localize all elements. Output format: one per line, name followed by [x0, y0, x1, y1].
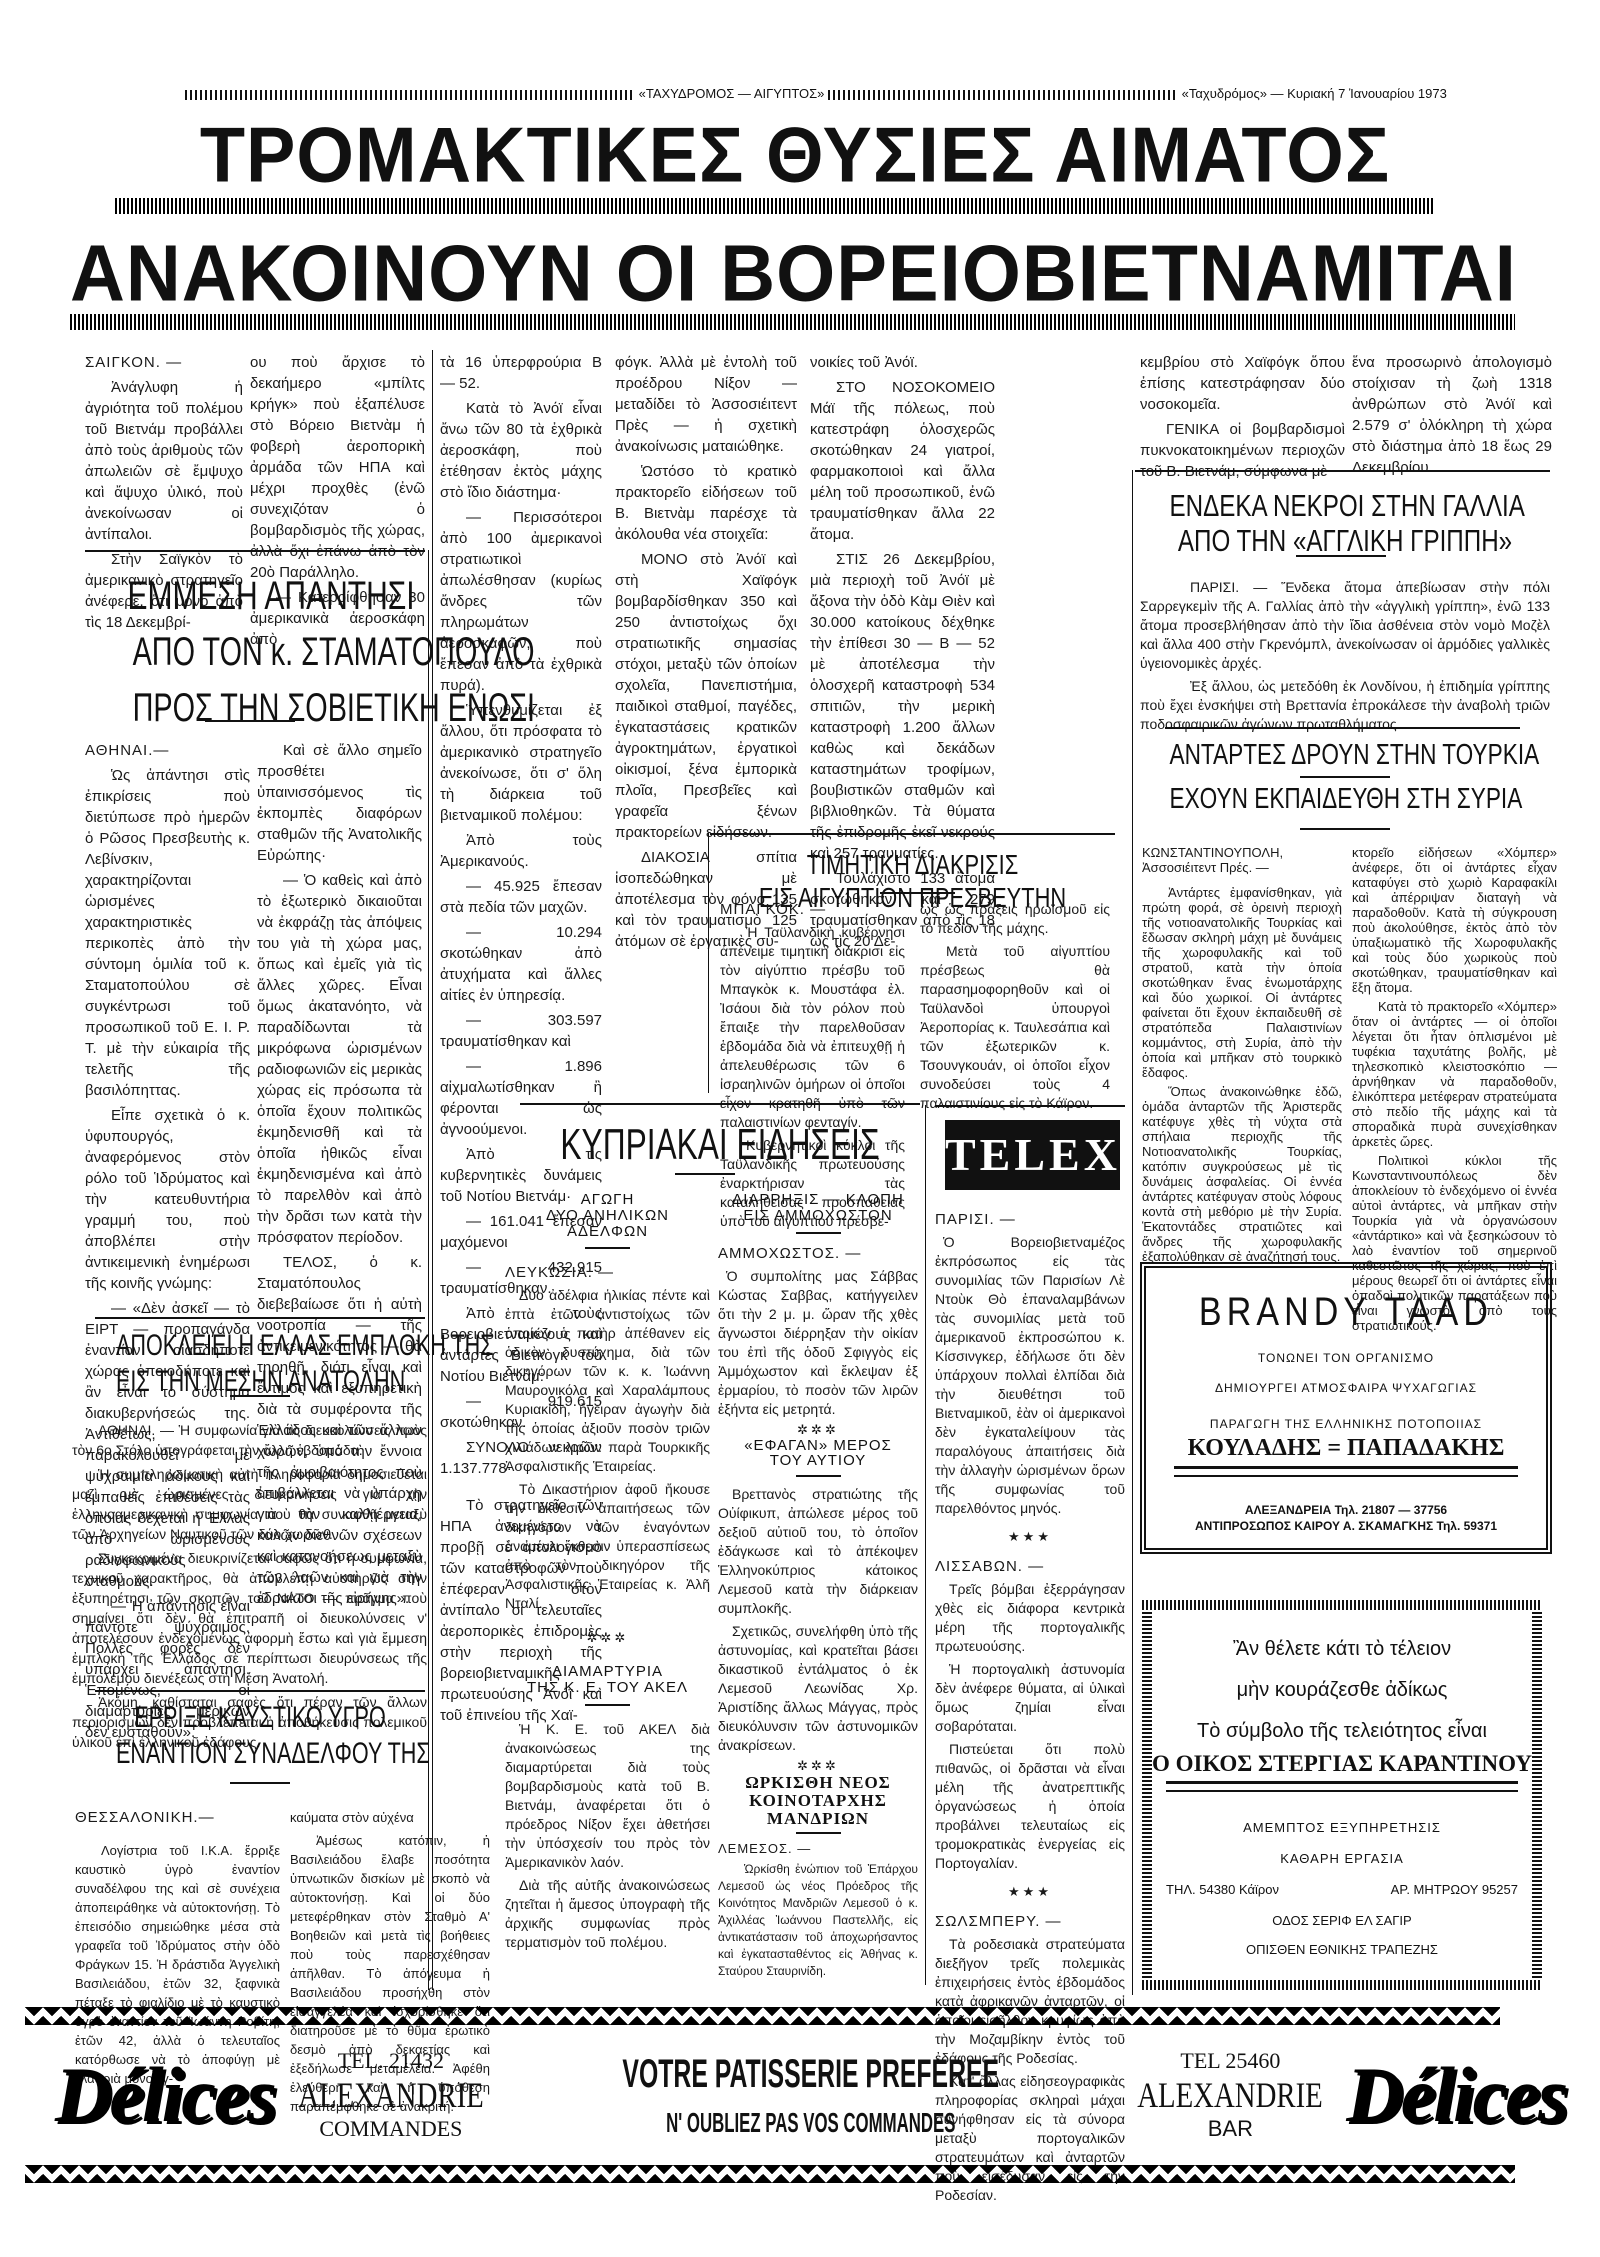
paragraph: Μετὰ τοῦ αἰγυπτίου πρέσβεως θὰ παρασημοφ…	[920, 942, 1110, 1113]
turkey-col1: ΚΩΝΣΤΑΝΤΙΝΟΥΠΟΛΗ, Ἀσσοσιέιτεντ Πρές. — Ἀ…	[1142, 845, 1342, 1268]
separator-stars: ✲✲✲	[718, 1423, 918, 1438]
brandy-brand: BRANDY TAAD	[1176, 1290, 1516, 1335]
title-underline	[675, 1173, 735, 1175]
dateline: ΜΠΑΓΚΟΚ. —	[720, 900, 905, 919]
title-underline	[585, 1247, 630, 1249]
story-title: ΤΟΥ ΑΥΤΙΟΥ	[718, 1453, 918, 1469]
paragraph: Ἀντάρτες ἐμφανίσθηκαν, γιὰ πρώτη φορά, σ…	[1142, 885, 1342, 1080]
column-rule	[1132, 470, 1133, 1995]
paragraph: Ἀπὸ τοὺς Ἀμερικανούς.	[440, 830, 602, 872]
paragraph: Ἐξ ἄλλου, ὡς μετεδόθη ἐκ Λονδίνου, ἡ ἐπι…	[1140, 677, 1550, 734]
paragraph: ΠΑΡΙΣΙ. — Ἕνδεκα ἄτομα ἀπεβίωσαν στὴν πό…	[1140, 578, 1550, 673]
paragraph: ΑΘΗΝΑΙ. — Ἡ συμφωνία γιὰ τὶς διευκολύνσε…	[72, 1420, 427, 1460]
ad-tagline: ΠΑΡΑΓΩΓΗ ΤΗΣ ΕΛΛΗΝΙΚΗΣ ΠΟΤΟΠΟΙΙΑΣ	[1146, 1417, 1546, 1431]
masthead-line: «ΤΑΧΥΔΡΟΜΟΣ — ΑΙΓΥΠΤΟΣ» «Ταχυδρόμος» — Κ…	[185, 86, 1515, 101]
paragraph: Δύο ἀδέλφια ἡλικίας πέντε καὶ ἑπτὰ ἐτῶν …	[505, 1286, 710, 1476]
dateline: ΛΕΥΚΩΣΙΑ. —	[505, 1263, 710, 1282]
ad-address: ΟΠΙΣΘΕΝ ΕΘΝΙΚΗΣ ΤΡΑΠΕΖΗΣ	[1152, 1942, 1532, 1957]
title-underline	[1296, 555, 1386, 557]
caustic-headline: ΕΡΡΙΞΕ ΚΑΥΣΤΙΚΟ ΥΓΡΟ ΕΝΑΝΤΙΟΝ ΣΥΝΑΔΕΛΦΟΥ…	[60, 1702, 460, 1769]
paragraph: ΣΤΟ ΝΟΣΟΚΟΜΕΙΟ Μάϊ τῆς πόλεως, ποὺ κατεσ…	[810, 377, 995, 545]
section-rule	[1165, 727, 1520, 729]
section-rule	[95, 1317, 425, 1319]
separator-stars: ✲✲✲	[718, 1759, 918, 1774]
section-rule	[95, 1690, 425, 1692]
ad-text: Ἂν θέλετε κάτι τὸ τέλειον	[1152, 1638, 1532, 1661]
dateline: ΣΩΛΣΜΠΕΡΥ. —	[935, 1912, 1125, 1931]
section-rule	[1135, 470, 1550, 472]
delices-logo-left: Délices	[55, 2050, 275, 2140]
story-title: ΔΙΑΜΑΡΤΥΡΙΑ	[505, 1664, 710, 1680]
france-headline: ΕΝΔΕΚΑ ΝΕΚΡΟΙ ΣΤΗΝ ΓΑΛΛΙΑ ΑΠΟ ΤΗΝ «ΑΓΓΛΙ…	[1120, 490, 1570, 557]
paragraph: Συγκεκριμένα διευκρινίζεται σαφῶς ὅτι ἡ …	[72, 1548, 427, 1688]
paragraph: κτορεῖο εἰδήσεων «Χόμπερ» ἀνέφερε, ὅτι ο…	[1352, 845, 1557, 995]
paragraph: Ὁ Βορειοβιετναμέζος ἐκπρόσωπος εἰς τὰς σ…	[935, 1233, 1125, 1518]
paragraph: Εἶπε σχετικὰ ὁ κ. ὑφυπουργός, ἀναφερόμεν…	[85, 1105, 250, 1294]
brandy-ad: BRANDY TAAD ΤΟΝΩΝΕΙ ΤΟΝ ΟΡΓΑΝΙΣΜΟ ΔΗΜΙΟΥ…	[1140, 1262, 1552, 1554]
paragraph: ἕνα προσωρινὸ ἀπολογισμὸ στοίχισαν τὴ ζω…	[1352, 352, 1552, 478]
double-rule	[1174, 1466, 1518, 1477]
paragraph: ΣΤΙΣ 26 Δεκεμβρίου, μιὰ περιοχὴ τοῦ Ἀνόϊ…	[810, 549, 995, 864]
paragraph: Κατὰ τὸ πρακτορεῖο «Χόμπερ» ὅταν οἱ ἀντά…	[1352, 999, 1557, 1149]
decorative-stripe	[115, 198, 1435, 214]
paragraph: ΜΟΝΟ στὸ Ἀνόϊ καὶ στὴ Χαϊφόγκ βομβαρδίσθ…	[615, 549, 797, 843]
section-rule	[520, 1103, 920, 1105]
paragraph: ως ὡς πράξεις ἡρωϊσμοῦ εἰς τὸ πεδίον τῆς…	[920, 900, 1110, 938]
france-body: ΠΑΡΙΣΙ. — Ἕνδεκα ἄτομα ἀπεβίωσαν στὴν πό…	[1140, 578, 1550, 738]
casualty-figure: — 303.597 τραυματίσθηκαν καὶ	[440, 1010, 602, 1052]
column-rule	[428, 550, 429, 1990]
story-title: ΔΙΑΡΡΗΞΙΣ — ΚΛΟΠΗ	[718, 1192, 918, 1208]
column-rule	[925, 1105, 926, 1985]
casualty-figure: — 10.294 σκοτώθηκαν ἀπὸ ἀτυχήματα καὶ ἄλ…	[440, 922, 602, 1006]
masthead-paper-name: «ΤΑΧΥΔΡΟΜΟΣ — ΑΙΓΥΠΤΟΣ»	[639, 86, 825, 101]
story-title: ΑΔΕΛΦΩΝ	[505, 1224, 710, 1240]
column-rule	[708, 833, 709, 1093]
ad-registry: ΑΡ. ΜΗΤΡΩΟΥ 95257	[1391, 1882, 1518, 1897]
title-underline	[230, 1395, 290, 1397]
separator-stars: ✲✲✲	[505, 1631, 710, 1646]
dateline: ΠΑΡΙΣΙ. —	[935, 1210, 1125, 1229]
cyprus-headline: ΚΥΠΡΙΑΚΑΙ ΕΙΔΗΣΕΙΣ	[547, 1122, 893, 1168]
dateline: ΛΙΣΣΑΒΩΝ. —	[935, 1557, 1125, 1576]
paragraph: Διὰ τῆς αὐτῆς ἀνακοινώσεως ζητεῖται ἡ ἄμ…	[505, 1876, 710, 1952]
story-title: «ΕΦΑΓΑΝ» ΜΕΡΟΣ	[718, 1438, 918, 1454]
paragraph: φόγκ. Ἀλλὰ μὲ ἐντολὴ τοῦ προέδρου Νίξον …	[615, 352, 797, 457]
ad-text: Τὸ σύμβολο τῆς τελειότητος εἶναι	[1152, 1720, 1532, 1743]
cyprus-story-lawsuit: ΑΓΩΓΗ ΔΥΟ ΑΝΗΛΙΚΩΝ ΑΔΕΛΦΩΝ ΛΕΥΚΩΣΙΑ. — Δ…	[505, 1192, 710, 1956]
story-title: ΩΡΚΙΣΘΗ ΝΕΟΣ	[718, 1774, 918, 1792]
title-underline	[1300, 828, 1390, 830]
karantinou-ad: Ἂν θέλετε κάτι τὸ τέλειον μὴν κουράζεσθε…	[1142, 1600, 1542, 1990]
ad-tagline: ΤΟΝΩΝΕΙ ΤΟΝ ΟΡΓΑΝΙΣΜΟ	[1146, 1351, 1546, 1365]
paragraph: νοικίες τοῦ Ἀνόϊ.	[810, 352, 995, 373]
mideast-headline: ΑΠΟΚΛΕΙΕΙ Η ΕΛΛΑΣ ΕΜΠΛΟΚΗ ΤΗΣ ΕΙΣ ΤΗΝ ΜΕ…	[60, 1330, 460, 1397]
paragraph: ου ποὺ ἄρχισε τὸ δεκαήμερο «μπίλτς κρήγκ…	[250, 352, 425, 583]
title-underline	[796, 1832, 841, 1834]
delices-row: Délices TEL. 21432 ALEXANDRIE COMMANDES …	[25, 2035, 1500, 2155]
vietnam-col6: κεμβρίου στὸ Χαϊφόγκ ὅπου ἐπίσης κατεστρ…	[1140, 352, 1345, 486]
section-rule	[935, 1105, 1125, 1107]
paragraph: κεμβρίου στὸ Χαϊφόγκ ὅπου ἐπίσης κατεστρ…	[1140, 352, 1345, 415]
stamatopoulos-headline: ΕΜΜΕΣΗ ΑΠΑΝΤΗΣΙ ΑΠΟ ΤΟΝ κ. ΣΤΑΜΑΤΟΠΟΥΛΟ …	[85, 575, 425, 729]
ad-text: ΚΑΘΑΡΗ ΕΡΓΑΣΙΑ	[1152, 1851, 1532, 1866]
paragraph: Ὡστόσο τὸ κρατικὸ πρακτορεῖο εἰδήσεων το…	[615, 461, 797, 545]
paragraph: Σχετικῶς, συνελήφθη ὑπὸ τῆς ἀστυνομίας, …	[718, 1622, 918, 1755]
story-title: ΚΟΙΝΟΤΑΡΧΗΣ	[718, 1792, 918, 1810]
turkey-headline: ΑΝΤΑΡΤΕΣ ΔΡΟΥΝ ΣΤΗΝ ΤΟΥΡΚΙΑ ΕΧΟΥΝ ΕΚΠΑΙΔ…	[1120, 740, 1570, 815]
ad-tagline: ΔΗΜΙΟΥΡΓΕΙ ΑΤΜΟΣΦΑΙΡΑ ΨΥΧΑΓΩΓΙΑΣ	[1146, 1381, 1546, 1395]
section-rule	[85, 550, 425, 552]
timitiki-col2: ως ὡς πράξεις ἡρωϊσμοῦ εἰς τὸ πεδίον τῆς…	[920, 900, 1110, 1117]
paragraph: Ἀνάγλυφη ἡ ἀγριότητα τοῦ πολέμου τοῦ Βιε…	[85, 377, 243, 545]
title-underline	[1300, 776, 1390, 778]
section-rule	[710, 833, 1115, 835]
ad-business-name: Ο ΟΙΚΟΣ ΣΤΕΡΓΙΑΣ ΚΑΡΑΝΤΙΝΟΥ	[1152, 1751, 1532, 1777]
telex-logo: TELEX	[945, 1120, 1120, 1190]
decorative-zigzag	[25, 2165, 1515, 2183]
ad-contact-row: ΤΗΛ. 54380 Κάϊρον ΑΡ. ΜΗΤΡΩΟΥ 95257	[1166, 1882, 1518, 1897]
paragraph: Τὸ Δικαστήριον ἀφοῦ ἤκουσε τὴν ἔκθεσιν ἀ…	[505, 1480, 710, 1613]
paragraph: Ἡ πορτογαλικὴ ἀστυνομία δὲν ἀνέφερε θύμα…	[935, 1660, 1125, 1736]
casualty-figure: — 45.925 ἔπεσαν στὰ πεδία τῶν μαχῶν.	[440, 876, 602, 918]
decorative-dots	[828, 90, 1178, 100]
dateline: ΣΑΙΓΚΟΝ. —	[85, 352, 243, 373]
timitiki-col1: ΜΠΑΓΚΟΚ. — Ἡ Ταϋλανδικὴ κυβέρνησι ἀπένει…	[720, 900, 905, 1235]
ad-text: ΑΜΕΜΠΤΟΣ ΕΞΥΠΗΡΕΤΗΣΙΣ	[1152, 1820, 1532, 1835]
main-headline-line1: ΤΡΟΜΑΚΤΙΚΕΣ ΘΥΣΙΕΣ ΑΙΜΑΤΟΣ	[130, 116, 1460, 194]
dateline: ΚΩΝΣΤΑΝΤΙΝΟΥΠΟΛΗ, Ἀσσοσιέιτεντ Πρές. —	[1142, 845, 1342, 875]
decorative-zigzag	[25, 2007, 1500, 2025]
title-underline	[230, 1782, 290, 1784]
paragraph: Ὡς ἀπάντησι στὶς ἐπικρίσεις ποὺ διετύπωσ…	[85, 765, 250, 1101]
paragraph: Κατὰ τὸ Ἀνόϊ εἶναι ἄνω τῶν 80 τὰ ἐχθρικὰ…	[440, 398, 602, 503]
paragraph: Ὁ συμπολίτης μας Σάββας Κώστας Σαββας, κ…	[718, 1267, 918, 1419]
decorative-dots	[185, 90, 635, 100]
paragraph: ΓΕΝΙΚΑ οἱ βομβαρδισμοὶ πυκνοκατοικημένων…	[1140, 419, 1345, 482]
ad-maker: ΚΟΥΛΑΔΗΣ = ΠΑΠΑΔΑΚΗΣ	[1146, 1435, 1546, 1462]
title-underline	[796, 1232, 841, 1234]
main-headline-line2: ΑΝΑΚΟΙΝΟΥΝ ΟΙ ΒΟΡΕΙΟΒΙΕΤΝΑΜΙΤΑΙ	[70, 234, 1510, 314]
story-title: ΜΑΝΔΡΙΩΝ	[718, 1810, 918, 1828]
masthead-date: «Ταχυδρόμος» — Κυριακή 7 Ἰανουαρίου 1973	[1182, 86, 1447, 101]
delices-left-contact: TEL. 21432 ALEXANDRIE COMMANDES	[275, 2048, 507, 2142]
paragraph: Τρεῖς βόμβαι ἐξερράγησαν χθὲς εἰς διάφορ…	[935, 1580, 1125, 1656]
dateline: ΑΜΜΟΧΩΣΤΟΣ. —	[718, 1244, 918, 1263]
ad-phone: ΑΝΤΙΠΡΟΣΩΠΟΣ ΚΑΙΡΟΥ Α. ΣΚΑΜΑΓΚΗΣ Τηλ. 59…	[1146, 1519, 1546, 1533]
ad-text: μὴν κουράζεσθε ἀδίκως	[1152, 1679, 1532, 1702]
paragraph: τὰ 16 ὑπερφρούρια Β — 52.	[440, 352, 602, 394]
delices-center-slogan: VOTRE PATISSERIE PREFEREE N' OUBLIEZ PAS…	[507, 2052, 1115, 2139]
paragraph: Ὅπως ἀνακοινώθηκε ἐδῶ, ὁμάδα ἀνταρτῶν τῆ…	[1142, 1084, 1342, 1264]
story-title: ΤΗΣ Κ. Ε. ΤΟΥ ΑΚΕΛ	[505, 1680, 710, 1696]
paragraph: Πιστεύεται ὅτι πολὺ πιθανῶς, οἱ δρᾶσται …	[935, 1740, 1125, 1873]
vietnam-col7: ἕνα προσωρινὸ ἀπολογισμὸ στοίχισαν τὴ ζω…	[1352, 352, 1552, 482]
cyprus-stories-right: ΔΙΑΡΡΗΞΙΣ — ΚΛΟΠΗ ΕΙΣ ΑΜΜΟΧΩΣΤΟΝ ΑΜΜΟΧΩΣ…	[718, 1192, 918, 1984]
dateline: ΘΕΣΣΑΛΟΝΙΚΗ.—	[75, 1808, 280, 1827]
paragraph: Ἡ Ταϋλανδικὴ κυβέρνησι ἀπένειμε τιμητικὴ…	[720, 923, 905, 1132]
separator-stars: ★★★	[935, 1883, 1125, 1902]
decorative-stripe	[70, 314, 1515, 330]
delices-right-contact: TEL 25460 ALEXANDRIE BAR	[1114, 2048, 1346, 2142]
title-underline	[585, 1704, 630, 1706]
paragraph: Βρεττανὸς στρατιώτης τῆς Οὐίφικυπ, ἀπώλε…	[718, 1485, 918, 1618]
ad-phone: ΑΛΕΞΑΝΔΡΕΙΑ Τηλ. 21807 — 37756	[1146, 1503, 1546, 1517]
ad-address: ΟΔΟΣ ΣΕΡΙΦ ΕΛ ΣΑΓΙΡ	[1152, 1913, 1532, 1928]
title-underline	[205, 720, 295, 722]
paragraph: Ὡρκίσθη ἐνώπιον τοῦ Ἐπάρχου Λεμεσοῦ ὡς ν…	[718, 1861, 918, 1980]
story-title: ΑΓΩΓΗ	[505, 1192, 710, 1208]
paragraph: Ἡ Κ. Ε. τοῦ ΑΚΕΛ διὰ ἀνακοινώσεως της δι…	[505, 1720, 710, 1872]
dateline: ΑΘΗΝΑΙ.—	[85, 740, 250, 761]
paragraph: — Ὁ καθεὶς καὶ ἀπὸ τὸ ἐξωτερικὸ δικαιοῦτ…	[257, 870, 422, 1248]
paragraph: Καὶ σὲ ἄλλο σημεῖο προσθέτει ὑπαινισσόμε…	[257, 740, 422, 866]
paragraph: καύματα στὸν αὐχένα	[290, 1808, 490, 1827]
title-underline	[880, 892, 955, 894]
story-title: ΕΙΣ ΑΜΜΟΧΩΣΤΟΝ	[718, 1208, 918, 1224]
delices-banner: Délices TEL. 21432 ALEXANDRIE COMMANDES …	[25, 2007, 1500, 2182]
story-title: ΔΥΟ ΑΝΗΛΙΚΩΝ	[505, 1208, 710, 1224]
separator-stars: ★★★	[935, 1528, 1125, 1547]
delices-logo-right: Délices	[1346, 2050, 1566, 2140]
ad-phone: ΤΗΛ. 54380 Κάϊρον	[1166, 1882, 1279, 1897]
title-underline	[796, 1475, 841, 1477]
paragraph: Ἡ συμπληρωματικὴ αὐτὴ πληροφορία δημοσιε…	[72, 1464, 427, 1544]
double-rule	[1166, 1781, 1518, 1792]
dateline: ΛΕΜΕΣΟΣ. —	[718, 1840, 918, 1857]
